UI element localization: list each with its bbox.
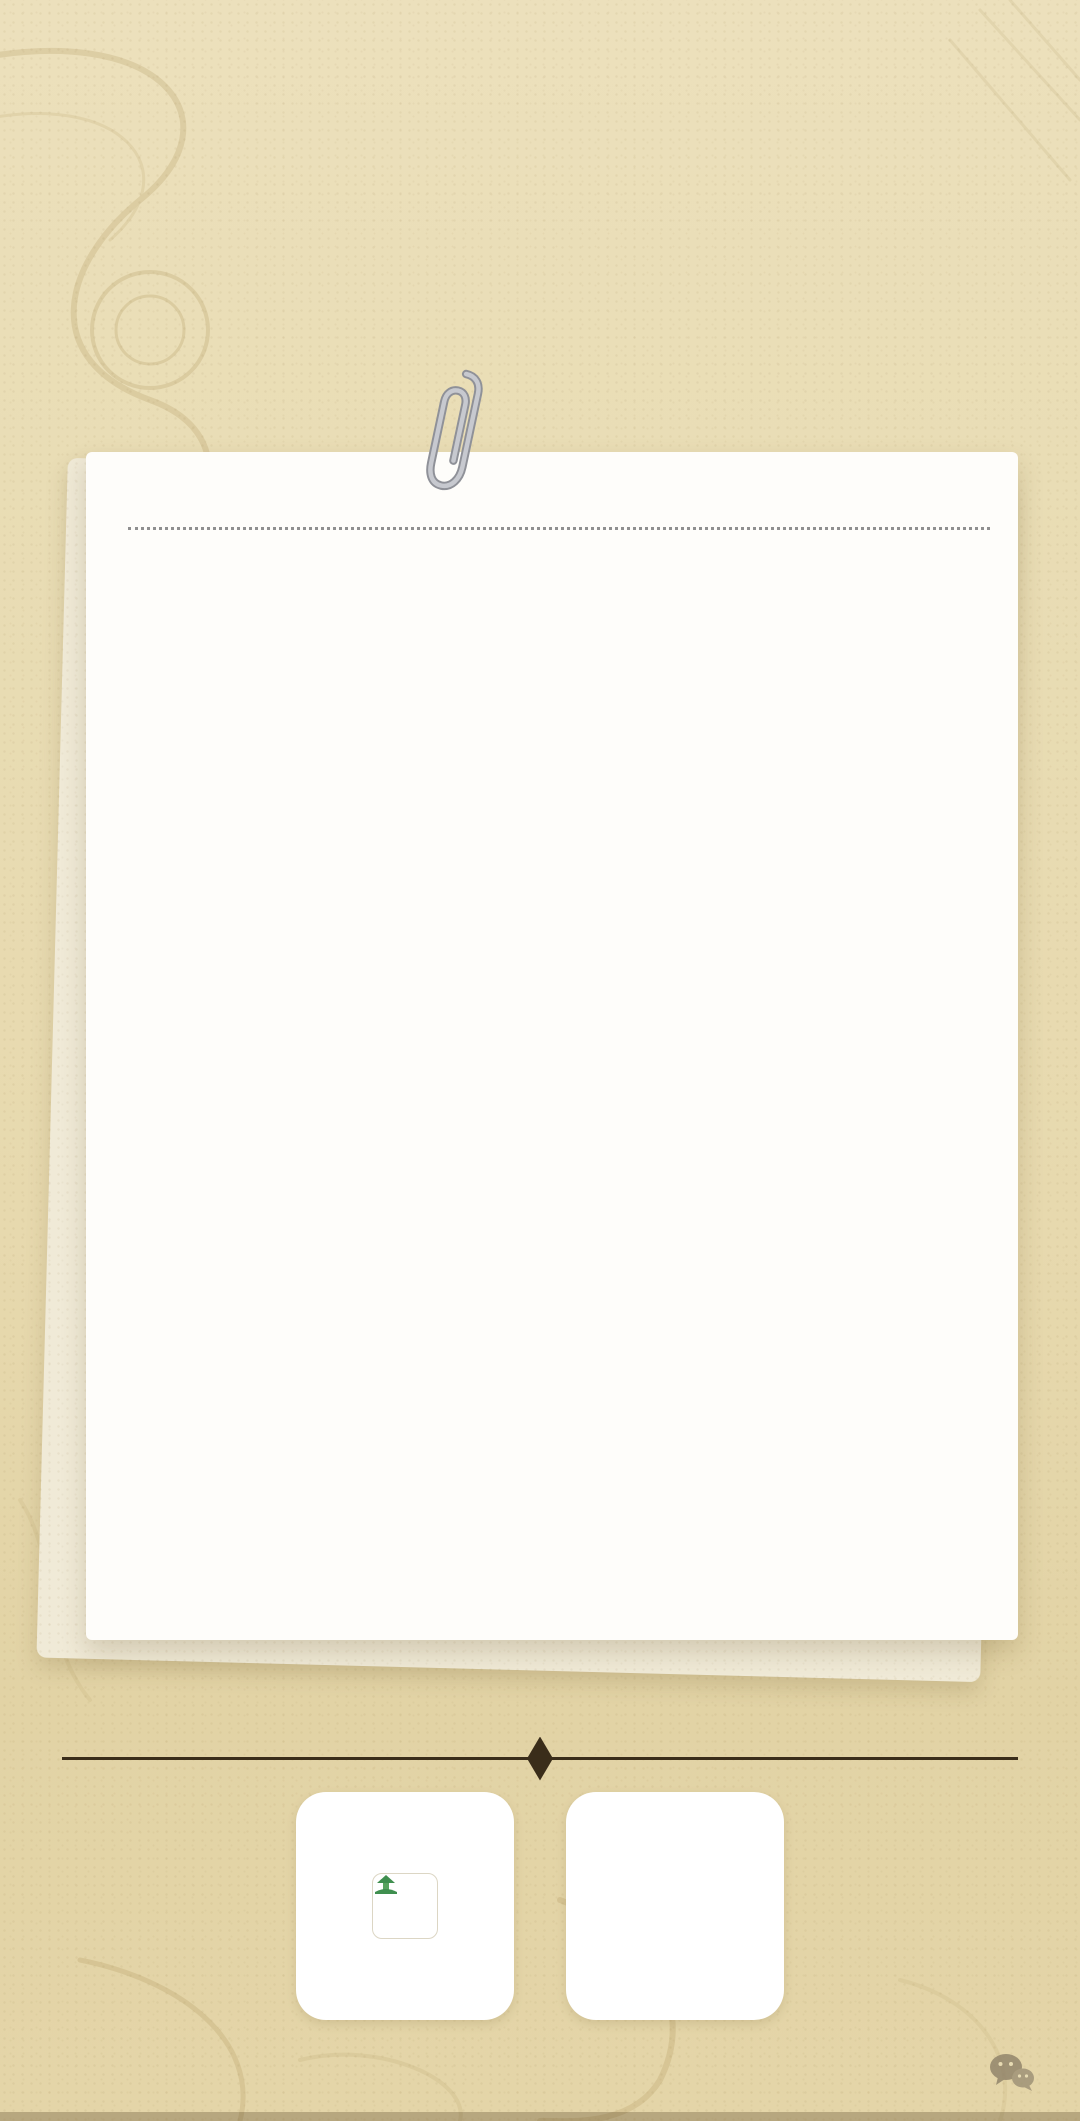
mini-program-code [575, 1806, 775, 2006]
official-account-column [296, 1792, 514, 2036]
torn-paper-tabs [100, 406, 1004, 456]
park-logo [372, 1873, 438, 1939]
dotted-separator [128, 526, 990, 530]
divider-line [62, 1757, 1018, 1760]
pavilion-icon [373, 1874, 399, 1896]
mini-program-column [566, 1792, 784, 2036]
notice-content [86, 452, 1018, 1640]
qr-code-row [0, 1792, 1080, 2036]
official-account-qr-card [296, 1792, 514, 2020]
wechat-icon [988, 2052, 1036, 2092]
mini-program-qr-card [566, 1792, 784, 2020]
diamond-ornament [527, 1737, 553, 1781]
announcement-poster [0, 0, 1080, 2121]
notice-paper [86, 452, 1018, 1640]
service-account-watermark [988, 2052, 1046, 2092]
bottom-edge [0, 2112, 1080, 2121]
